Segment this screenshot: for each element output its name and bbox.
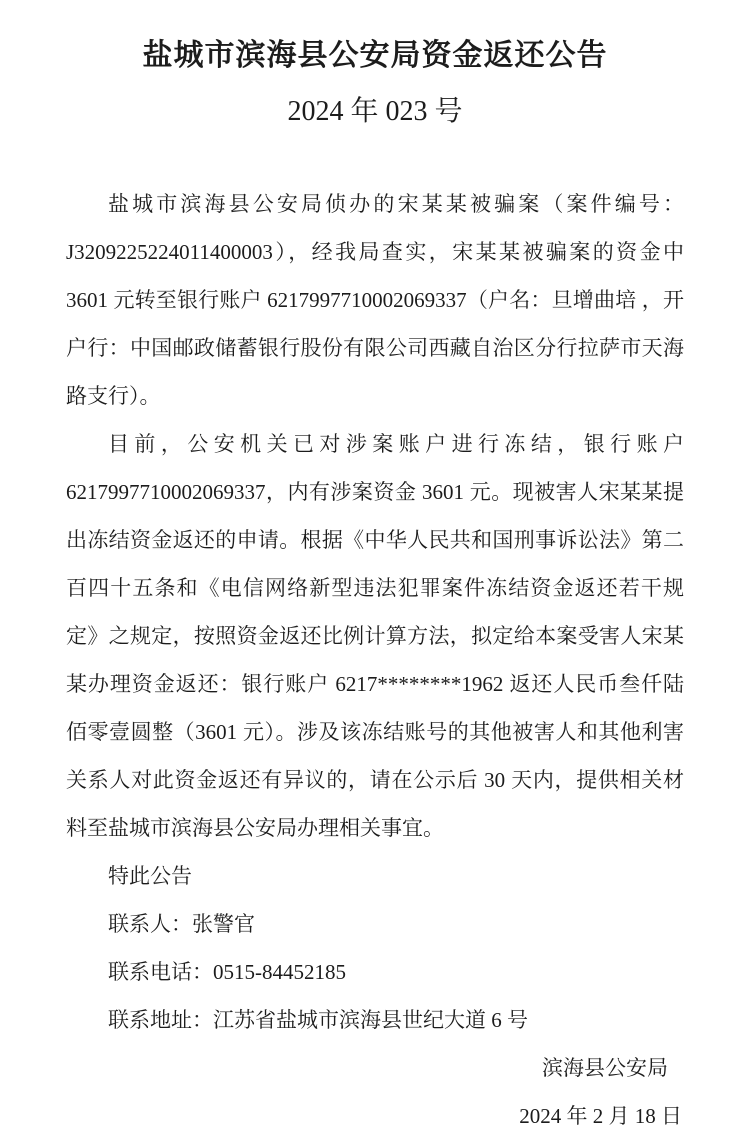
contact-phone-line: 联系电话：0515-84452185 <box>66 948 684 996</box>
closing-line: 特此公告 <box>66 852 684 900</box>
document-number: 2024 年 023 号 <box>66 94 684 130</box>
contact-person-line: 联系人：张警官 <box>66 900 684 948</box>
contact-address-line: 联系地址：江苏省盐城市滨海县世纪大道 6 号 <box>66 996 684 1044</box>
signature-organization: 滨海县公安局 <box>66 1044 684 1092</box>
body-paragraph-1: 盐城市滨海县公安局侦办的宋某某被骗案（案件编号：J320922522401140… <box>66 180 684 420</box>
signature-date: 2024 年 2 月 18 日 <box>66 1092 684 1134</box>
document-body: 盐城市滨海县公安局侦办的宋某某被骗案（案件编号：J320922522401140… <box>66 180 684 1134</box>
page-title: 盐城市滨海县公安局资金返还公告 <box>66 36 684 76</box>
document-page: 盐城市滨海县公安局资金返还公告 2024 年 023 号 盐城市滨海县公安局侦办… <box>0 0 750 1134</box>
body-paragraph-2: 目前，公安机关已对涉案账户进行冻结，银行账户 62179977100020693… <box>66 420 684 852</box>
